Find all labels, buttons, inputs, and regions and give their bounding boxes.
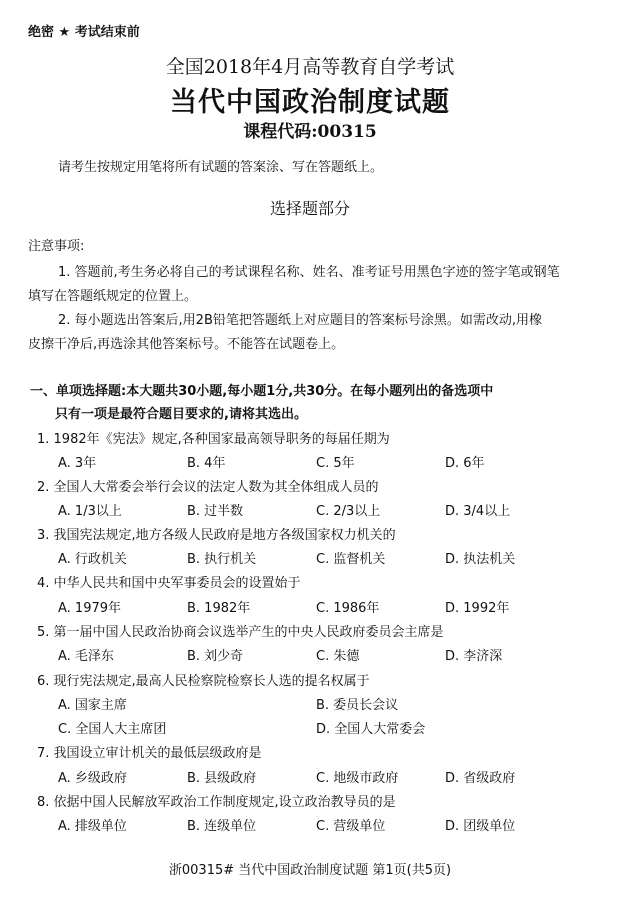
question-1-option-c: C. 5年 (316, 452, 355, 471)
question-3-option-b: B. 执行机关 (187, 548, 256, 567)
question-5-option-a: A. 毛泽东 (58, 645, 114, 664)
question-6-stem: 6. 现行宪法规定,最高人民检察院检察长人选的提名权属于 (37, 670, 370, 689)
question-4-option-c: C. 1986年 (316, 597, 379, 616)
question-1-option-a: A. 3年 (58, 452, 96, 471)
question-1-option-d: D. 6年 (445, 452, 485, 471)
notice-item-2-line1: 2. 每小题选出答案后,用2B铅笔把答题纸上对应题目的答案标号涂黑。如需改动,用… (58, 309, 542, 328)
question-6-option-a: A. 国家主席 (58, 694, 127, 713)
question-8-stem: 8. 依据中国人民解放军政治工作制度规定,设立政治教导员的是 (37, 791, 396, 810)
notice-heading: 注意事项: (28, 235, 84, 254)
question-4-option-a: A. 1979年 (58, 597, 121, 616)
general-instruction: 请考生按规定用笔将所有试题的答案涂、写在答题纸上。 (58, 156, 383, 175)
question-4-option-d: D. 1992年 (445, 597, 509, 616)
question-8-option-c: C. 营级单位 (316, 815, 385, 834)
exam-session: 全国2018年4月高等教育自学考试 (0, 52, 620, 79)
question-8-option-a: A. 排级单位 (58, 815, 127, 834)
question-7-stem: 7. 我国设立审计机关的最低层级政府是 (37, 742, 262, 761)
question-2-option-d: D. 3/4以上 (445, 500, 510, 519)
question-5-stem: 5. 第一届中国人民政治协商会议选举产生的中央人民政府委员会主席是 (37, 621, 444, 640)
notice-item-1-line2: 填写在答题纸规定的位置上。 (28, 285, 197, 304)
page-footer: 浙00315# 当代中国政治制度试题 第1页(共5页) (0, 859, 620, 878)
question-8-option-d: D. 团级单位 (445, 815, 515, 834)
section-heading-line1: 一、单项选择题:本大题共30小题,每小题1分,共30分。在每小题列出的备选项中 (30, 380, 493, 399)
question-3-option-c: C. 监督机关 (316, 548, 385, 567)
question-7-option-b: B. 县级政府 (187, 767, 256, 786)
question-5-option-d: D. 李济深 (445, 645, 502, 664)
question-8-option-b: B. 连级单位 (187, 815, 256, 834)
notice-item-2-line2: 皮擦干净后,再选涂其他答案标号。不能答在试题卷上。 (28, 333, 344, 352)
part-title: 选择题部分 (0, 196, 620, 219)
question-3-option-a: A. 行政机关 (58, 548, 127, 567)
question-2-option-b: B. 过半数 (187, 500, 243, 519)
section-heading-line2: 只有一项是最符合题目要求的,请将其选出。 (55, 403, 307, 422)
question-7-option-c: C. 地级市政府 (316, 767, 398, 786)
course-code: 课程代码:00315 (0, 117, 620, 142)
question-5-option-c: C. 朱德 (316, 645, 359, 664)
question-2-option-c: C. 2/3以上 (316, 500, 380, 519)
question-6-option-c: C. 全国人大主席团 (58, 718, 166, 737)
question-2-option-a: A. 1/3以上 (58, 500, 122, 519)
question-4-stem: 4. 中华人民共和国中央军事委员会的设置始于 (37, 572, 301, 591)
confidential-mark: 绝密 ★ 考试结束前 (28, 21, 140, 40)
notice-item-1-line1: 1. 答题前,考生务必将自己的考试课程名称、姓名、准考证号用黑色字迹的签字笔或钢… (58, 261, 560, 280)
question-1-option-b: B. 4年 (187, 452, 225, 471)
question-7-option-d: D. 省级政府 (445, 767, 515, 786)
question-4-option-b: B. 1982年 (187, 597, 250, 616)
question-5-option-b: B. 刘少奇 (187, 645, 243, 664)
question-7-option-a: A. 乡级政府 (58, 767, 127, 786)
question-2-stem: 2. 全国人大常委会举行会议的法定人数为其全体组成人员的 (37, 476, 379, 495)
question-1-stem: 1. 1982年《宪法》规定,各种国家最高领导职务的每届任期为 (37, 428, 390, 447)
page-title: 当代中国政治制度试题 (0, 80, 620, 119)
question-3-stem: 3. 我国宪法规定,地方各级人民政府是地方各级国家权力机关的 (37, 524, 396, 543)
question-3-option-d: D. 执法机关 (445, 548, 515, 567)
question-6-option-b: B. 委员长会议 (316, 694, 398, 713)
question-6-option-d: D. 全国人大常委会 (316, 718, 425, 737)
